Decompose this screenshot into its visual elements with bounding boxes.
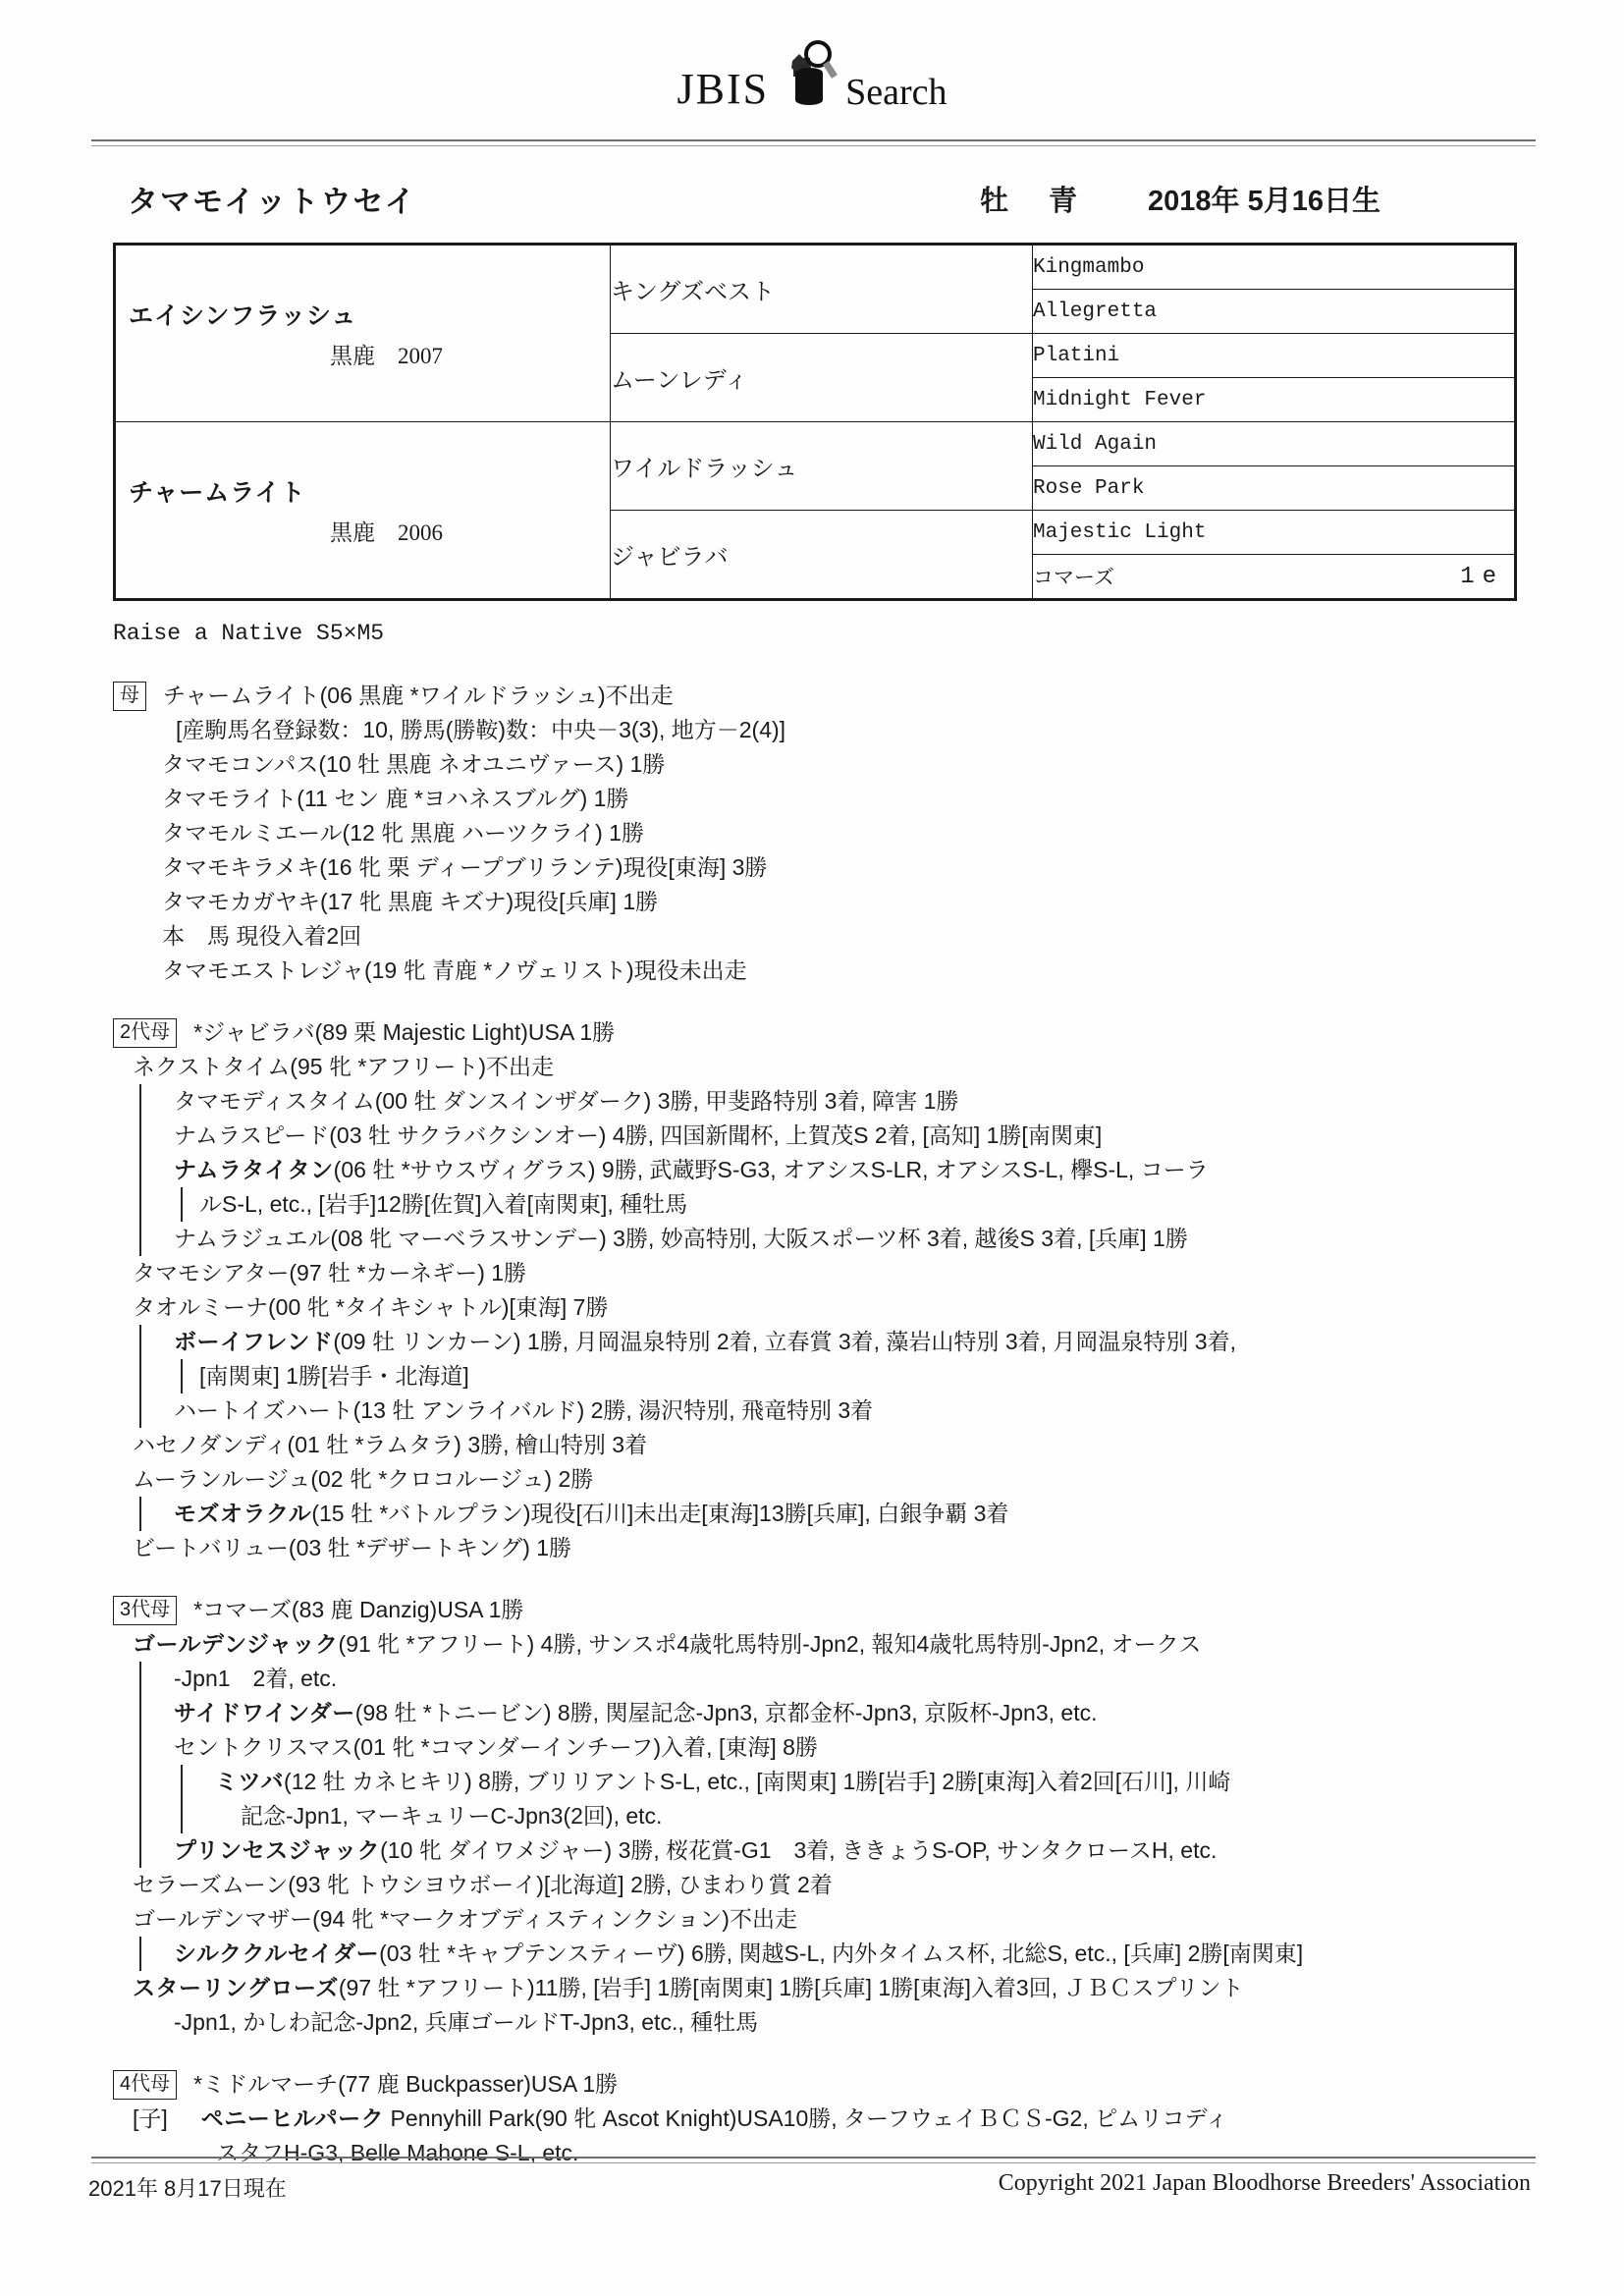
pedigree-line: -Jpn1 2着, etc. bbox=[113, 1662, 1545, 1696]
tree-connector-line bbox=[139, 1394, 141, 1428]
section-heading: 4代母*ミドルマーチ(77 鹿 Buckpasser)USA 1勝 bbox=[113, 2067, 1545, 2102]
pedigree-section: 母チャームライト(06 黒鹿 *ワイルドラッシュ)不出走[産駒馬名登録数：10,… bbox=[113, 679, 1545, 988]
line-text: (15 牡 *バトルプラン)現役[石川]未出走[東海]13勝[兵庫], 白銀争覇… bbox=[311, 1501, 1008, 1526]
stakes-winner-name: シルククルセイダー bbox=[174, 1941, 379, 1966]
child-label: [子] bbox=[133, 2105, 168, 2131]
jbis-search-logo: JBIS Search bbox=[0, 39, 1624, 111]
dam-sire-cell: ワイルドラッシュ bbox=[611, 422, 1033, 511]
tree-connector-line bbox=[139, 1153, 141, 1187]
great-grandparent-cell: Midnight Fever bbox=[1033, 378, 1516, 422]
section-head-text: *ミドルマーチ(77 鹿 Buckpasser)USA 1勝 bbox=[193, 2071, 618, 2097]
tree-connector-line bbox=[139, 1222, 141, 1256]
header-divider bbox=[91, 139, 1536, 146]
pedigree-line: ハートイズハート(13 牡 アンライバルド) 2勝, 湯沢特別, 飛竜特別 3着 bbox=[113, 1394, 1545, 1428]
line-text: 記念-Jpn1, マーキュリーC-Jpn3(2回), etc. bbox=[241, 1803, 662, 1829]
generation-label: 3代母 bbox=[113, 1596, 177, 1625]
line-text: タマモシアター(97 牡 *カーネギー) 1勝 bbox=[133, 1260, 526, 1285]
line-text: Pennyhill Park(90 牝 Ascot Knight)USA10勝,… bbox=[384, 2105, 1228, 2131]
stakes-winner-name: プリンセスジャック bbox=[174, 1837, 380, 1863]
section-head-text: *コマーズ(83 鹿 Danzig)USA 1勝 bbox=[193, 1597, 523, 1622]
family-number: 1e bbox=[1460, 564, 1504, 590]
pedigree-line: シルククルセイダー(03 牡 *キャプテンスティーヴ) 6勝, 関越S-L, 内… bbox=[113, 1937, 1545, 1971]
line-text: 本 馬 現役入着2回 bbox=[162, 923, 361, 949]
pedigree-line: タマモカガヤキ(17 牝 黒鹿 キズナ)現役[兵庫] 1勝 bbox=[113, 885, 1545, 919]
logo-search-text: Search bbox=[845, 74, 947, 111]
pedigree-line: プリンセスジャック(10 牝 ダイワメジャー) 3勝, 桜花賞-G1 3着, き… bbox=[113, 1833, 1545, 1868]
dam-detail: 黒鹿 2006 bbox=[116, 515, 610, 547]
section-heading: 3代母*コマーズ(83 鹿 Danzig)USA 1勝 bbox=[113, 1593, 1545, 1627]
pedigree-line: タマモルミエール(12 牝 黒鹿 ハーツクライ) 1勝 bbox=[113, 816, 1545, 850]
section-heading: 2代母*ジャビラバ(89 栗 Majestic Light)USA 1勝 bbox=[113, 1015, 1545, 1050]
generation-label: 2代母 bbox=[113, 1018, 177, 1048]
line-text: ナムラジュエル(08 牝 マーベラスサンデー) 3勝, 妙高特別, 大阪スポーツ… bbox=[174, 1226, 1188, 1251]
sire-cell: エイシンフラッシュ 黒鹿 2007 bbox=[115, 245, 611, 422]
line-text: ハセノダンディ(01 牡 *ラムタラ) 3勝, 檜山特別 3着 bbox=[133, 1432, 647, 1457]
pedigree-line: タマモエストレジャ(19 牝 青鹿 *ノヴェリスト)現役未出走 bbox=[113, 954, 1545, 988]
table-row: エイシンフラッシュ 黒鹿 2007 キングズベスト Kingmambo bbox=[115, 245, 1516, 290]
stakes-winner-name: モズオラクル bbox=[174, 1501, 311, 1526]
pedigree-line: ルS-L, etc., [岩手]12勝[佐賀]入着[南関東], 種牡馬 bbox=[113, 1187, 1545, 1222]
sex-birth-line: 牡 青 2018年 5月16日生 bbox=[980, 179, 1380, 219]
pedigree-line: スタフH-G3, Belle Mahone S-L, etc. bbox=[113, 2136, 1545, 2170]
pedigree-line: タマモシアター(97 牡 *カーネギー) 1勝 bbox=[113, 1256, 1545, 1290]
horse-magnifier-icon bbox=[779, 39, 839, 113]
line-text: ルS-L, etc., [岩手]12勝[佐賀]入着[南関東], 種牡馬 bbox=[199, 1191, 687, 1217]
dam-cell: チャームライト 黒鹿 2006 bbox=[115, 422, 611, 600]
line-text: タマモエストレジャ(19 牝 青鹿 *ノヴェリスト)現役未出走 bbox=[162, 957, 747, 983]
pedigree-line: ナムラスピード(03 牡 サクラバクシンオー) 4勝, 四国新聞杯, 上賀茂S … bbox=[113, 1119, 1545, 1153]
logo-jbis-text: JBIS bbox=[677, 68, 770, 111]
line-text: タマモコンパス(10 牡 黒鹿 ネオユニヴァース) 1勝 bbox=[162, 751, 665, 777]
as-of-date: 2021年 8月17日現在 bbox=[88, 2172, 287, 2203]
stakes-winner-name: ゴールデンジャック bbox=[133, 1631, 339, 1657]
pedigree-sections: 母チャームライト(06 黒鹿 *ワイルドラッシュ)不出走[産駒馬名登録数：10,… bbox=[113, 679, 1545, 2170]
tree-connector-line bbox=[139, 1696, 141, 1730]
sire-name: エイシンフラッシュ bbox=[116, 297, 610, 332]
great-grandparent-name: コマーズ bbox=[1033, 562, 1114, 591]
line-text: タマモライト(11 セン 鹿 *ヨハネスブルグ) 1勝 bbox=[162, 786, 628, 811]
pedigree-line: ムーランルージュ(02 牝 *クロコルージュ) 2勝 bbox=[113, 1462, 1545, 1497]
pedigree-line: モズオラクル(15 牡 *バトルプラン)現役[石川]未出走[東海]13勝[兵庫]… bbox=[113, 1497, 1545, 1531]
line-text: セラーズムーン(93 牝 トウシヨウボーイ)[北海道] 2勝, ひまわり賞 2着 bbox=[133, 1872, 833, 1897]
pedigree-line: -Jpn1, かしわ記念-Jpn2, 兵庫ゴールドT-Jpn3, etc., 種… bbox=[113, 2005, 1545, 2040]
pedigree-line: ネクストタイム(95 牝 *アフリート)不出走 bbox=[113, 1050, 1545, 1084]
great-grandparent-cell: Majestic Light bbox=[1033, 511, 1516, 555]
tree-connector-line bbox=[181, 1765, 183, 1799]
tree-connector-line bbox=[139, 1325, 141, 1359]
tree-connector-line bbox=[139, 1359, 141, 1394]
sire-sire-cell: キングズベスト bbox=[611, 245, 1033, 334]
tree-connector-line bbox=[139, 1799, 141, 1833]
pedigree-line: ミツバ(12 牡 カネヒキリ) 8勝, ブリリアントS-L, etc., [南関… bbox=[113, 1765, 1545, 1799]
line-text: ゴールデンマザー(94 牝 *マークオブディスティンクション)不出走 bbox=[133, 1906, 797, 1932]
copyright-notice: Copyright 2021 Japan Bloodhorse Breeders… bbox=[999, 2170, 1531, 2197]
tree-connector-line bbox=[139, 1662, 141, 1696]
sire-detail: 黒鹿 2007 bbox=[116, 338, 610, 370]
line-text: (09 牡 リンカーン) 1勝, 月岡温泉特別 2着, 立春賞 3着, 藻岩山特… bbox=[333, 1329, 1236, 1354]
great-grandparent-cell: Kingmambo bbox=[1033, 245, 1516, 290]
pedigree-line: セラーズムーン(93 牝 トウシヨウボーイ)[北海道] 2勝, ひまわり賞 2着 bbox=[113, 1868, 1545, 1902]
pedigree-line: [子]ペニーヒルパーク Pennyhill Park(90 牝 Ascot Kn… bbox=[113, 2102, 1545, 2136]
pedigree-line: [南関東] 1勝[岩手・北海道] bbox=[113, 1359, 1545, 1394]
pedigree-section: 3代母*コマーズ(83 鹿 Danzig)USA 1勝ゴールデンジャック(91 … bbox=[113, 1593, 1545, 2040]
great-grandparent-cell: Rose Park bbox=[1033, 466, 1516, 511]
table-row: チャームライト 黒鹿 2006 ワイルドラッシュ Wild Again bbox=[115, 422, 1516, 466]
tree-connector-line bbox=[181, 1187, 183, 1222]
pedigree-table: エイシンフラッシュ 黒鹿 2007 キングズベスト Kingmambo Alle… bbox=[113, 243, 1517, 601]
pedigree-line: ゴールデンジャック(91 牝 *アフリート) 4勝, サンスポ4歳牝馬特別-Jp… bbox=[113, 1627, 1545, 1662]
tree-connector-line bbox=[139, 1084, 141, 1119]
line-text: タマモカガヤキ(17 牝 黒鹿 キズナ)現役[兵庫] 1勝 bbox=[162, 889, 658, 914]
tree-connector-line bbox=[139, 1119, 141, 1153]
line-text: (03 牡 *キャプテンスティーヴ) 6勝, 関越S-L, 内外タイムス杯, 北… bbox=[379, 1941, 1303, 1966]
line-text: (12 牡 カネヒキリ) 8勝, ブリリアントS-L, etc., [南関東] … bbox=[284, 1769, 1230, 1794]
line-text: ハートイズハート(13 牡 アンライバルド) 2勝, 湯沢特別, 飛竜特別 3着 bbox=[174, 1397, 873, 1423]
pedigree-line: 記念-Jpn1, マーキュリーC-Jpn3(2回), etc. bbox=[113, 1799, 1545, 1833]
sex-coat-label: 牡 青 bbox=[980, 179, 1083, 219]
section-head-text: *ジャビラバ(89 栗 Majestic Light)USA 1勝 bbox=[193, 1019, 615, 1045]
horse-name-title: タマモイットウセイ bbox=[128, 177, 417, 221]
line-text: タマモキラメキ(16 牝 栗 ディープブリランテ)現役[東海] 3勝 bbox=[162, 854, 767, 880]
tree-connector-line bbox=[139, 1497, 141, 1531]
line-text: ビートバリュー(03 牡 *デザートキング) 1勝 bbox=[133, 1535, 571, 1560]
tree-connector-line bbox=[139, 1187, 141, 1222]
stakes-winner-name: ペニーヒルパーク bbox=[201, 2105, 384, 2131]
tree-connector-line bbox=[139, 1833, 141, 1868]
great-grandparent-cell: Allegretta bbox=[1033, 290, 1516, 334]
line-text: ネクストタイム(95 牝 *アフリート)不出走 bbox=[133, 1054, 554, 1079]
pedigree-line: タオルミーナ(00 牝 *タイキシャトル)[東海] 7勝 bbox=[113, 1290, 1545, 1325]
dam-name: チャームライト bbox=[116, 473, 610, 509]
pedigree-document-page: JBIS Search タマモイットウセイ 牡 青 2018年 5月16日生 エ… bbox=[0, 0, 1624, 2296]
pedigree-section: 2代母*ジャビラバ(89 栗 Majestic Light)USA 1勝ネクスト… bbox=[113, 1015, 1545, 1565]
section-heading: 母チャームライト(06 黒鹿 *ワイルドラッシュ)不出走 bbox=[113, 679, 1545, 713]
pedigree-line: セントクリスマス(01 牝 *コマンダーインチーフ)入着, [東海] 8勝 bbox=[113, 1730, 1545, 1765]
tree-connector-line bbox=[181, 1799, 183, 1833]
stakes-winner-name: スターリングローズ bbox=[133, 1975, 339, 2000]
inbreeding-note: Raise a Native S5×M5 bbox=[113, 617, 1545, 651]
stakes-winner-name: ミツバ bbox=[215, 1769, 284, 1794]
pedigree-line: タマモライト(11 セン 鹿 *ヨハネスブルグ) 1勝 bbox=[113, 782, 1545, 816]
line-text: セントクリスマス(01 牝 *コマンダーインチーフ)入着, [東海] 8勝 bbox=[174, 1734, 818, 1760]
line-text: [南関東] 1勝[岩手・北海道] bbox=[199, 1363, 469, 1389]
dam-dam-cell: ジャビラバ bbox=[611, 511, 1033, 600]
tree-connector-line bbox=[181, 1359, 183, 1394]
pedigree-line: タマモキラメキ(16 牝 栗 ディープブリランテ)現役[東海] 3勝 bbox=[113, 850, 1545, 885]
section-head-text: チャームライト(06 黒鹿 *ワイルドラッシュ)不出走 bbox=[163, 683, 674, 708]
great-grandparent-cell: コマーズ 1e bbox=[1033, 555, 1516, 600]
line-text: -Jpn1, かしわ記念-Jpn2, 兵庫ゴールドT-Jpn3, etc., 種… bbox=[174, 2009, 758, 2035]
line-text: (10 牝 ダイワメジャー) 3勝, 桜花賞-G1 3着, ききょうS-OP, … bbox=[380, 1837, 1217, 1863]
line-text: (97 牡 *アフリート)11勝, [岩手] 1勝[南関東] 1勝[兵庫] 1勝… bbox=[339, 1975, 1244, 2000]
footer-divider bbox=[91, 2157, 1536, 2163]
line-text: (98 牡 *トニービン) 8勝, 関屋記念-Jpn3, 京都金杯-Jpn3, … bbox=[355, 1700, 1098, 1725]
birth-date-label: 2018年 5月16日生 bbox=[1148, 179, 1380, 219]
generation-label: 4代母 bbox=[113, 2070, 177, 2100]
pedigree-line: タマモコンパス(10 牡 黒鹿 ネオユニヴァース) 1勝 bbox=[113, 747, 1545, 782]
pedigree-line: サイドワインダー(98 牡 *トニービン) 8勝, 関屋記念-Jpn3, 京都金… bbox=[113, 1696, 1545, 1730]
stakes-winner-name: サイドワインダー bbox=[174, 1700, 355, 1725]
stakes-winner-name: ナムラタイタン bbox=[174, 1157, 334, 1182]
pedigree-line: ナムラタイタン(06 牡 *サウスヴィグラス) 9勝, 武蔵野S-G3, オアシ… bbox=[113, 1153, 1545, 1187]
genealogy-content: Raise a Native S5×M5 母チャームライト(06 黒鹿 *ワイル… bbox=[113, 617, 1545, 2170]
pedigree-line: スターリングローズ(97 牡 *アフリート)11勝, [岩手] 1勝[南関東] … bbox=[113, 1971, 1545, 2005]
pedigree-line: ナムラジュエル(08 牝 マーベラスサンデー) 3勝, 妙高特別, 大阪スポーツ… bbox=[113, 1222, 1545, 1256]
pedigree-section: 4代母*ミドルマーチ(77 鹿 Buckpasser)USA 1勝[子]ペニーヒ… bbox=[113, 2067, 1545, 2170]
line-text: (06 牡 *サウスヴィグラス) 9勝, 武蔵野S-G3, オアシスS-LR, … bbox=[334, 1157, 1209, 1182]
pedigree-line: ゴールデンマザー(94 牝 *マークオブディスティンクション)不出走 bbox=[113, 1902, 1545, 1937]
line-text: ムーランルージュ(02 牝 *クロコルージュ) 2勝 bbox=[133, 1466, 593, 1492]
tree-connector-line bbox=[139, 1730, 141, 1765]
pedigree-line: ボーイフレンド(09 牡 リンカーン) 1勝, 月岡温泉特別 2着, 立春賞 3… bbox=[113, 1325, 1545, 1359]
line-text: タマモルミエール(12 牝 黒鹿 ハーツクライ) 1勝 bbox=[162, 820, 644, 846]
pedigree-line: ビートバリュー(03 牡 *デザートキング) 1勝 bbox=[113, 1531, 1545, 1565]
stakes-winner-name: ボーイフレンド bbox=[174, 1329, 333, 1354]
great-grandparent-cell: Platini bbox=[1033, 334, 1516, 378]
line-text: (91 牝 *アフリート) 4勝, サンスポ4歳牝馬特別-Jpn2, 報知4歳牝… bbox=[339, 1631, 1202, 1657]
line-text: [産駒馬名登録数：10, 勝馬(勝鞍)数：中央－3(3), 地方－2(4)] bbox=[176, 717, 785, 742]
great-grandparent-cell: Wild Again bbox=[1033, 422, 1516, 466]
sire-dam-cell: ムーンレディ bbox=[611, 334, 1033, 422]
tree-connector-line bbox=[139, 1937, 141, 1971]
line-text: タオルミーナ(00 牝 *タイキシャトル)[東海] 7勝 bbox=[133, 1294, 608, 1320]
line-text: ナムラスピード(03 牡 サクラバクシンオー) 4勝, 四国新聞杯, 上賀茂S … bbox=[174, 1122, 1102, 1148]
line-text: タマモディスタイム(00 牡 ダンスインザダーク) 3勝, 甲斐路特別 3着, … bbox=[174, 1088, 958, 1114]
generation-label: 母 bbox=[113, 682, 146, 711]
pedigree-line: タマモディスタイム(00 牡 ダンスインザダーク) 3勝, 甲斐路特別 3着, … bbox=[113, 1084, 1545, 1119]
line-text: -Jpn1 2着, etc. bbox=[174, 1666, 337, 1691]
tree-connector-line bbox=[139, 1765, 141, 1799]
pedigree-line: 本 馬 現役入着2回 bbox=[113, 919, 1545, 954]
pedigree-line: [産駒馬名登録数：10, 勝馬(勝鞍)数：中央－3(3), 地方－2(4)] bbox=[113, 713, 1545, 747]
pedigree-line: ハセノダンディ(01 牡 *ラムタラ) 3勝, 檜山特別 3着 bbox=[113, 1428, 1545, 1462]
